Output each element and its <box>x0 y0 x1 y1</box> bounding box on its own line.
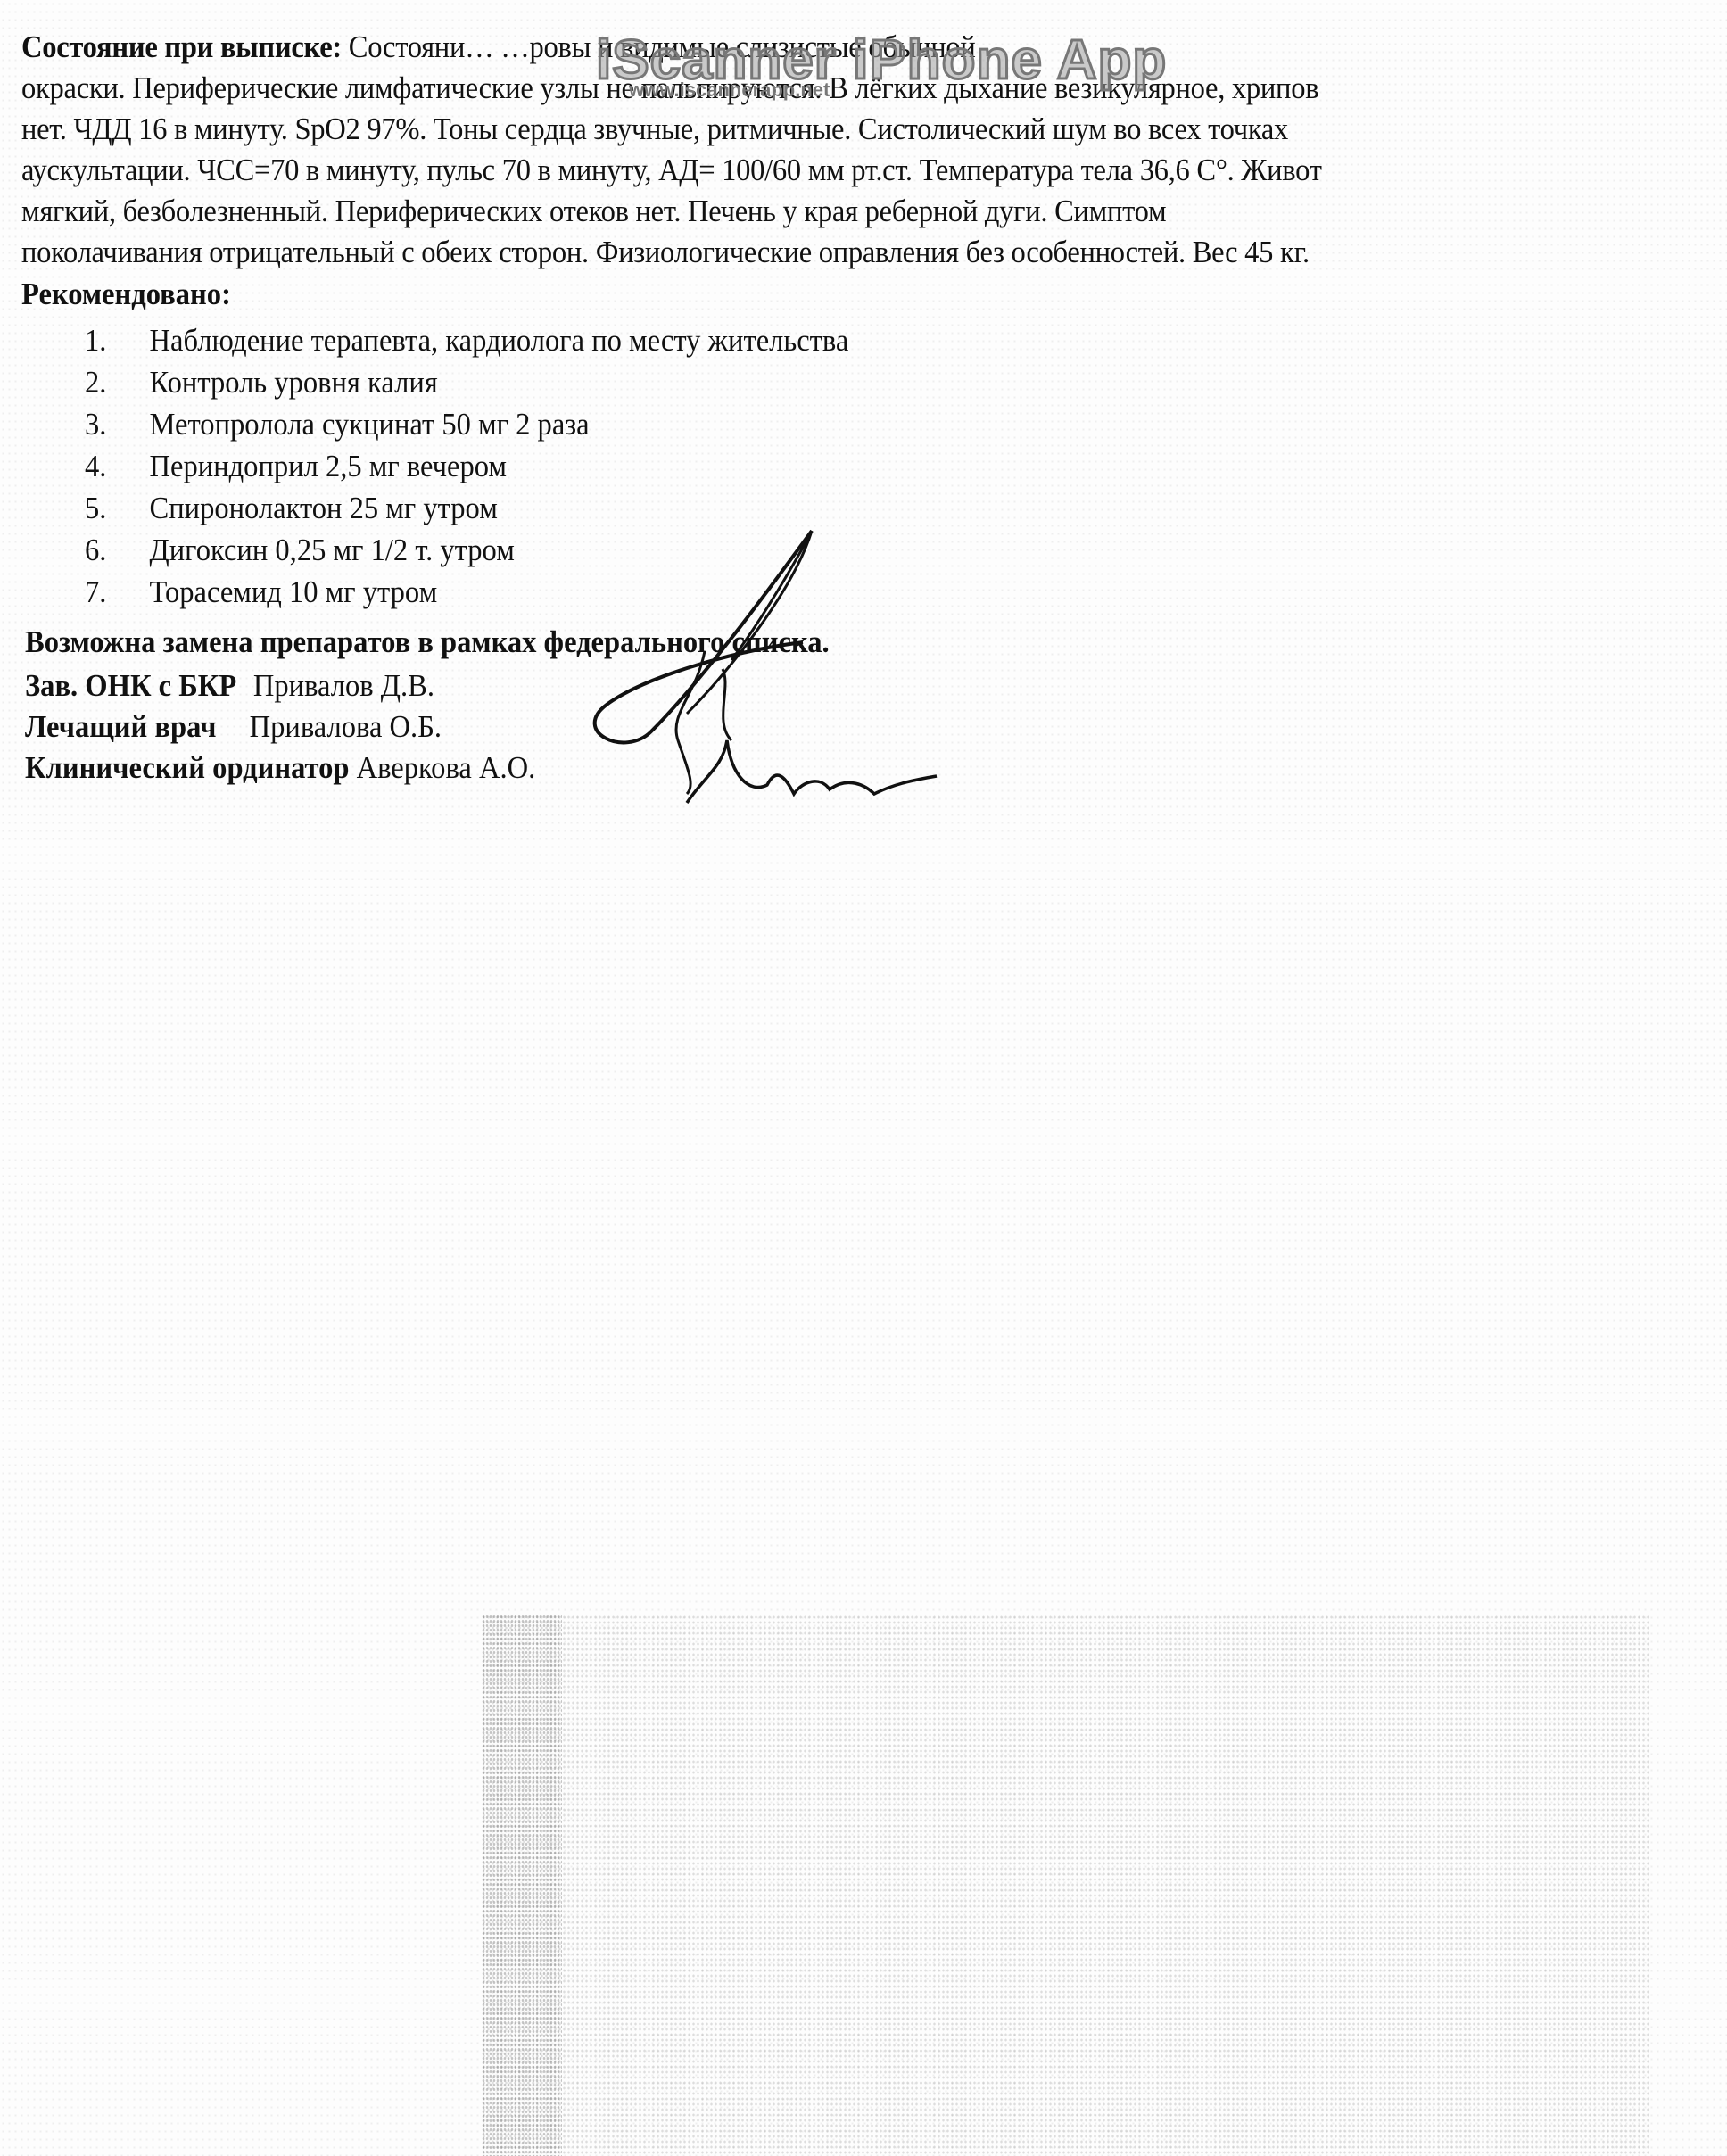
recommendations-title: Рекомендовано: <box>21 277 231 312</box>
list-item: 4.Периндоприл 2,5 мг вечером <box>85 445 848 487</box>
scanned-page: Состояние при выписке: Состояни… …ровы и… <box>0 0 1727 2156</box>
discharge-line-4: аускультации. ЧСС=70 в минуту, пульс 70 … <box>21 150 1598 191</box>
discharge-line-5: мягкий, безболезненный. Периферических о… <box>21 191 1598 232</box>
list-item: 5.Спиронолактон 25 мг утром <box>85 487 848 529</box>
discharge-status-label: Состояние при выписке: <box>21 29 342 64</box>
signature-line-attending: Лечащий врачПривалова О.Б. <box>25 706 442 748</box>
handwritten-signature-icon <box>553 526 946 830</box>
signature-line-head: Зав. ОНК с БКРПривалов Д.В. <box>25 665 434 706</box>
scan-noise-area <box>482 1615 1650 2156</box>
signature-line-resident: Клинический ординатор Аверкова А.О. <box>25 748 535 789</box>
list-item: 1.Наблюдение терапевта, кардиолога по ме… <box>85 319 848 361</box>
scan-noise-band <box>482 1615 562 2156</box>
list-item: 2.Контроль уровня калия <box>85 361 848 403</box>
discharge-line-6: поколачивания отрицательный с обеих стор… <box>21 232 1598 273</box>
discharge-line-3: нет. ЧДД 16 в минуту. SpO2 97%. Тоны сер… <box>21 109 1598 150</box>
watermark-url: www.iscannerapp.net <box>629 78 830 102</box>
list-item: 3.Метопролола сукцинат 50 мг 2 раза <box>85 403 848 445</box>
